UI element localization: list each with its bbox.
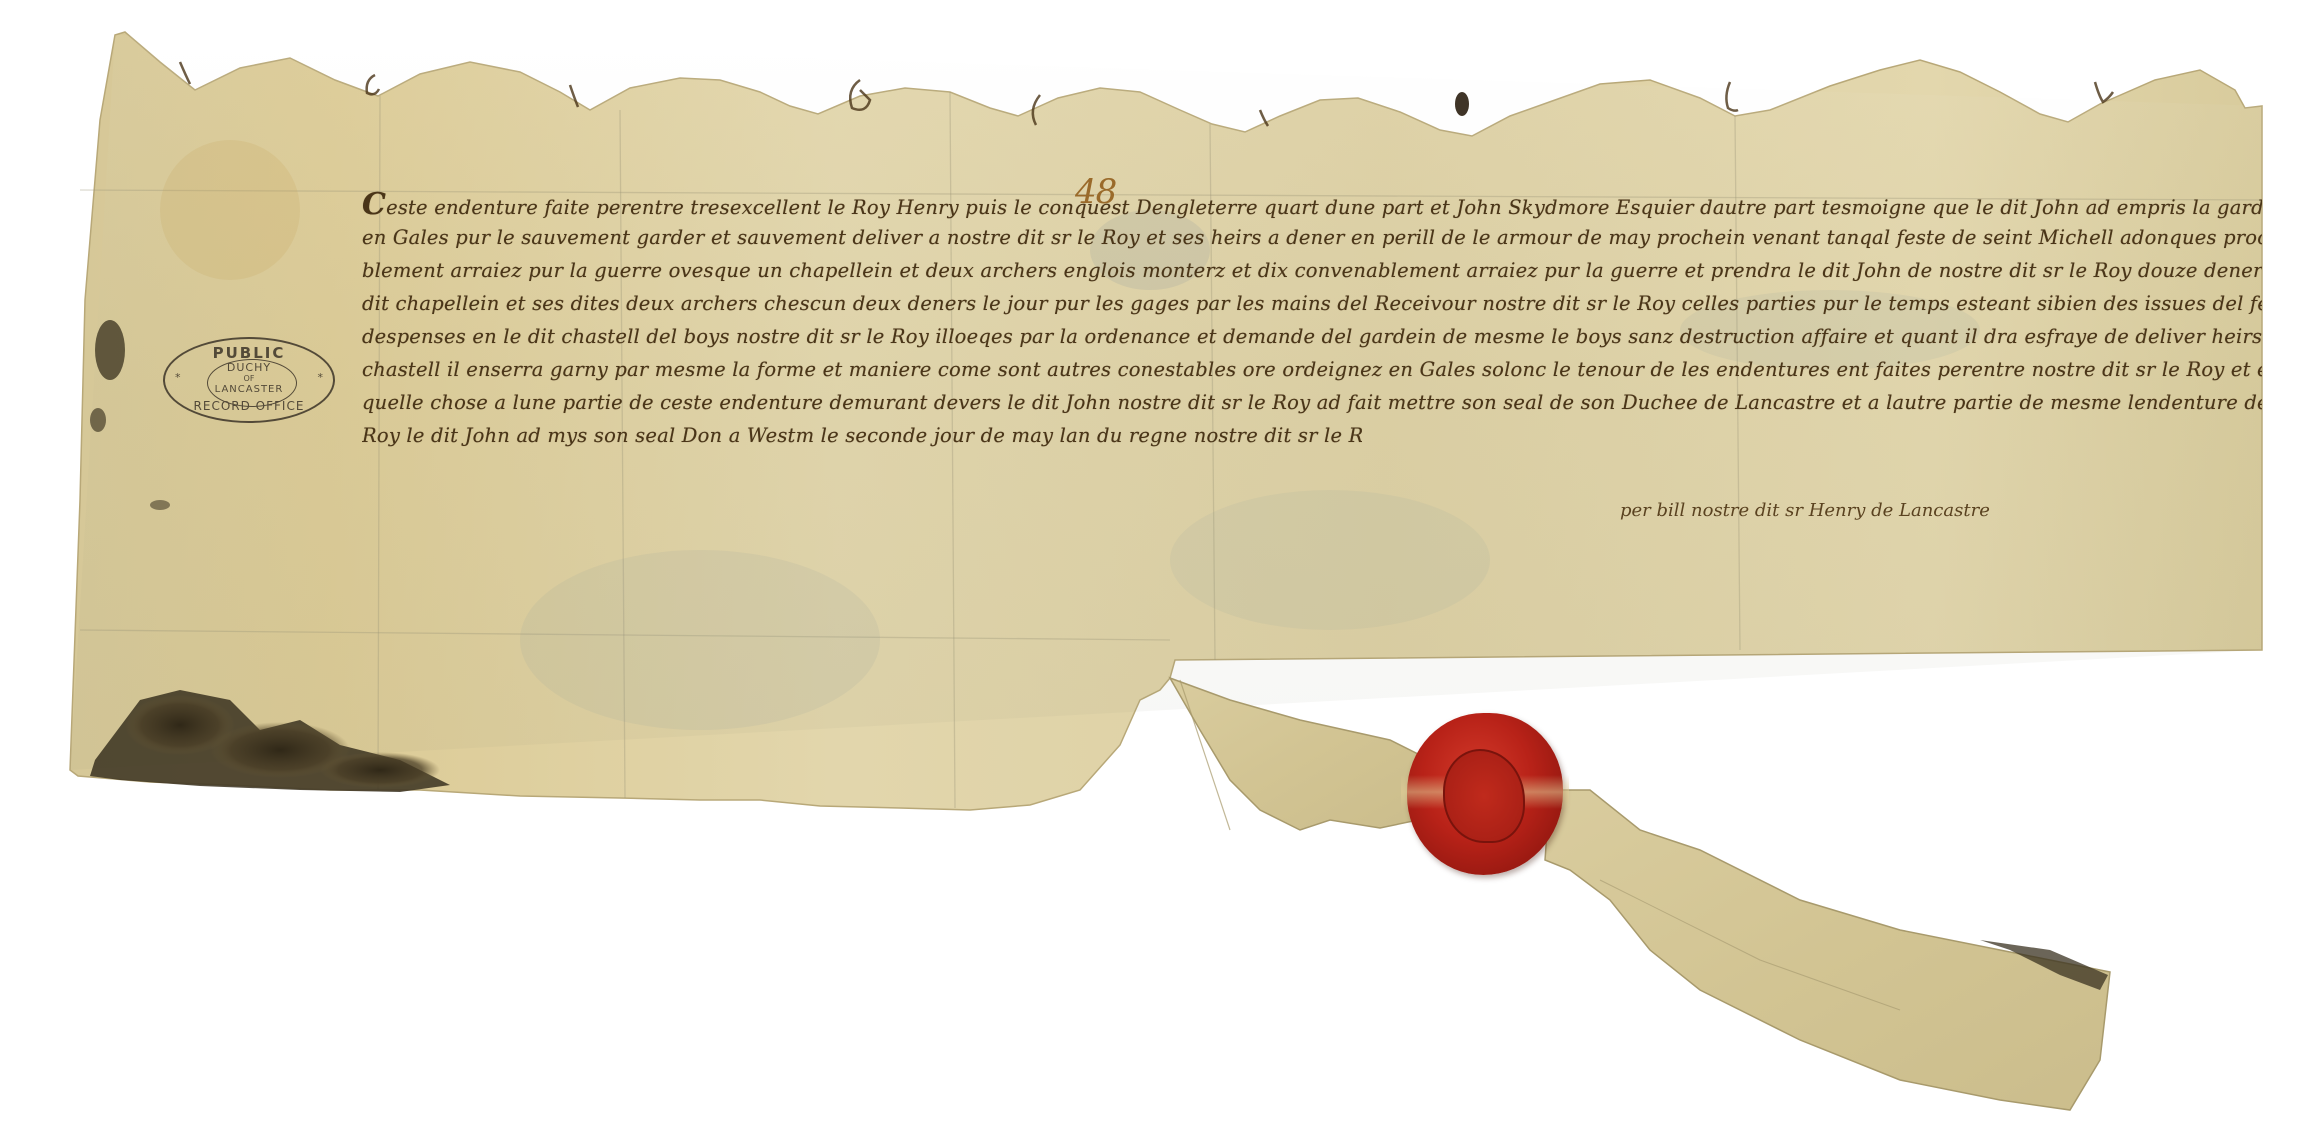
wax-seal — [1407, 713, 1563, 875]
parchment — [0, 0, 2305, 1139]
seal-impression — [1443, 749, 1525, 843]
text-line: Roy le dit John ad mys son seal Don a We… — [362, 419, 1362, 452]
stamp-text-duchy: DUCHY — [165, 361, 333, 374]
manuscript-scan: 48 PUBLIC * * DUCHY OF LANCASTER RECORD … — [0, 0, 2305, 1139]
seal-tag — [1170, 678, 2110, 1110]
text-line: blement arraiez pur la guerre ovesque un… — [362, 254, 2262, 287]
text-line: Ceste endenture faite perentre tresexcel… — [362, 188, 2262, 221]
stamp-text-lancaster: LANCASTER — [165, 384, 333, 395]
record-office-stamp: PUBLIC * * DUCHY OF LANCASTER RECORD OFF… — [163, 337, 335, 423]
stamp-text-bottom: RECORD OFFICE — [165, 399, 333, 413]
text-line: en Gales pur le sauvement garder et sauv… — [362, 221, 2262, 254]
warrant-subscription: per bill nostre dit sr Henry de Lancastr… — [1620, 500, 1990, 521]
text-line: chastell il enserra garny par mesme la f… — [362, 353, 2262, 386]
text-line: quelle chose a lune partie de ceste ende… — [362, 386, 2262, 419]
text-line: despenses en le dit chastell del boys no… — [362, 320, 2262, 353]
stamp-text-of: OF — [165, 374, 333, 383]
text-line: dit chapellein et ses dites deux archers… — [362, 287, 2262, 320]
indenture-text: Ceste endenture faite perentre tresexcel… — [362, 188, 2262, 452]
